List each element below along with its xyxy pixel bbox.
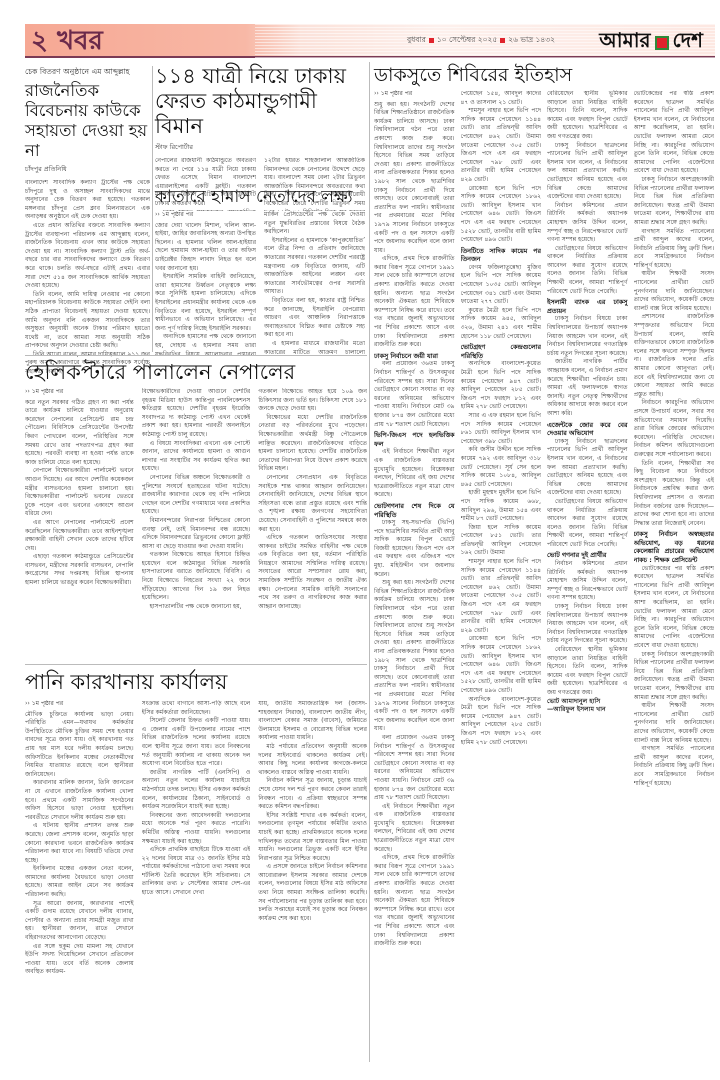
paragraph: অন্যদিকে বাংলাদেশ-কুয়েত মৈত্রী হলে ভিপি…: [461, 360, 542, 412]
paragraph: এ বিষয়ে সাংবাদিকরা এখনো এক পোস্টে জানান…: [142, 440, 251, 474]
story-column: বেরিয়েছেন স্থানীয় ভূমিকার আড়ালে তারা …: [547, 90, 628, 1075]
story-column: পেয়েছেন ১৫৪, আবদুল কাদের ৪৭ ও তাসনাল ২১…: [461, 90, 542, 1075]
newspaper-logo: আমার দেশ: [599, 26, 703, 59]
paragraph: ভোটকেন্দ্রের পর স্বস্তি প্রকাশ করেছেন ছা…: [634, 565, 715, 651]
paragraph: স্বাধীন শিক্ষার্থী সংসদ প্যানেলের প্রার্…: [634, 702, 715, 745]
paragraph: মাঠ পর্যায়ের প্রতিবেদন অনুযায়ী অনেক দল…: [258, 743, 367, 777]
paragraph: স্বাধীন শিক্ষার্থী সংসদ প্যানেলের প্রার্…: [634, 270, 715, 313]
paragraph: তিনি বলেন, আমি দায়িত্ব নেওয়ার পর কোনো …: [25, 291, 150, 351]
section-rule: [25, 355, 367, 356]
paragraph: ভোটগ্রহণের বিষয়ে অভিযোগ থাকলে নির্ধারিত…: [547, 498, 628, 550]
paragraph: এ প্রসঙ্গে জানতে চাইলে নির্বাচন কমিশনার …: [258, 863, 367, 923]
paragraph: রোকেয়া হলে ভিপি পদে সাদিক কায়েম পেয়েছ…: [461, 635, 542, 695]
story-hamas: কাতারে হামাস নেতাদের লক্ষ্য ›› ১ম পৃষ্ঠা…: [155, 186, 365, 355]
paragraph: অন্যদিকে হামাসের পক্ষ থেকে জানানো হয়, দ…: [155, 333, 256, 355]
story-byline: চাঁদপুর প্রতিনিধি: [25, 164, 150, 175]
paragraph: নির্বাচনে কারচুপির অভিযোগ প্রসঙ্গে উপাচা…: [634, 399, 715, 459]
paragraph: বিমানবন্দরের নিরাপত্তা নিশ্চিতের কোনো ব্…: [142, 517, 251, 551]
paragraph: ইনকিলাব মঞ্চের একজন নেতা বলেন, আমাদের কা…: [25, 865, 134, 899]
subheading: ঢাকসু নির্বাচনে জয়ী যারা: [374, 352, 455, 361]
paragraph: এদিকে গতকাল জাতিসংঘের সংস্থার আকবর চাইটে…: [258, 534, 367, 611]
subheading: তিনটিতে সাদিক কায়েম পর তিনজন: [461, 247, 542, 264]
paragraph: গতকাল বিক্ষোভে আহত হয়ে ১০৯ জন চিকিৎসার …: [258, 388, 367, 414]
paragraph: এ হামলার মাধ্যমে রাজধানীর মতো কাতারের মা…: [264, 340, 365, 355]
section-rule: [25, 664, 367, 665]
story-ducsu: ডাকসুতে শিবিরের ইতিহাস ›› ১ম পৃষ্ঠার পর …: [374, 62, 714, 1075]
story-kicker: চেক বিতরণ অনুষ্ঠানে এম আব্দুল্লাহ: [25, 66, 150, 79]
paragraph: নেপালের বিভিন্ন অঞ্চলে বিক্ষোভকারী ও পুল…: [142, 474, 251, 517]
paragraph: ঢাকসু নির্বাচনে ছাত্রদলের প্যানেলের ভিপি…: [547, 142, 628, 202]
paragraph: তিনি বলেন, শিক্ষার্থীরা সব কিছু বিবেচনা …: [634, 460, 715, 529]
paragraph: নির্বাচন কমিশনের প্রধান রিটার্নিং কর্মকর…: [547, 202, 628, 245]
paragraph: বাগছাস সমর্থিত প্যানেলের প্রার্থী আব্দুল…: [634, 228, 715, 271]
paragraph: করে নতুন সরকার গঠিত গ্রহণ না করা পর্যন্ত…: [25, 399, 134, 468]
paragraph: জাতীয় নাগরিক পার্টির আহ্বায়ক বলেন, এ ন…: [547, 358, 628, 418]
paragraph: ঢাকসু সহ-সভাপতি (ভিপি) পদে ছাত্রশিবির সম…: [374, 519, 455, 579]
paragraph: এদিকে, প্রথম দিকে রাজনীতি করার বিরূপ সূত…: [374, 854, 455, 949]
dateline: বুধবার১০ সেপ্টেম্বর ২০২৫২৬ ভাদ্র ১৪৩২: [407, 35, 555, 47]
logo-word-left: আমার: [599, 26, 650, 59]
story-headline: ডাকসুতে শিবিরের ইতিহাস: [374, 62, 714, 88]
dateline-day: বুধবার: [407, 35, 426, 44]
story-column: ›› ১ম পৃষ্ঠার পর জোর দেয়া খালেদ মিশাল, …: [155, 211, 256, 355]
paragraph: নিবন্ধনের জন্য আবেদনকারী দলগুলোর মধ্যে অ…: [142, 812, 251, 846]
story-column: বিক্ষোভকারীদের দেওয়া আগুনে দেশটির বৃহত্…: [142, 388, 251, 643]
story-headline: কাতারে হামাস নেতাদের লক্ষ্য: [155, 186, 365, 208]
story-headline: পানি কারখানায় কার্যালয়: [25, 668, 367, 696]
paragraph: ঢাকসু নির্বাচনে অংশগ্রহণকারী বিভিন্ন প্য…: [634, 651, 715, 703]
paragraph: শামসুন নাহার হলে ভিপি পদে সাদিক কায়েম প…: [461, 107, 542, 184]
dateline-date-bn: ২৬ ভাদ্র ১৪৩২: [508, 35, 555, 44]
paragraph: বেগম ফজিলাতুন্নেছা মুজিব হলে ভিপি পদে সা…: [461, 264, 542, 307]
subheading: ভোটগ্রহণ কেন্দ্রগুলোর পরিস্থিতি: [461, 343, 542, 360]
story-column: যায়, জাতীয় সমাজতান্ত্রিক দল (জাসদ-শাহজ…: [258, 700, 367, 1070]
paragraph: নেপালের সেনাপ্রধান এক বিবৃতিতে সবাইকে শা…: [258, 474, 367, 534]
paragraph: রোকেয়া হলে ভিপি পদে সাদিক কায়েম পেয়েছ…: [461, 185, 542, 245]
paragraph: হাজী মুহম্মদ মুহসীন হলে ভিপি পদে সাদিক ক…: [461, 489, 542, 523]
paragraph: এতে প্রধান অতিথির বক্তব্যে সাংবাদিক কল্য…: [25, 222, 150, 291]
logo-word-right: দেশ: [673, 26, 703, 59]
paragraph: নির্বাচন কমিশন সূত্র জানায়, চূড়ান্ত যা…: [258, 777, 367, 811]
story-column: ›› ১ম পৃষ্ঠার পর করে নতুন সরকার গঠিত গ্র…: [25, 388, 134, 643]
column-rule: [152, 66, 153, 352]
subheading: ভোট গণনার দুই প্রার্থীর: [547, 551, 628, 560]
jump-line: ›› ১ম পৃষ্ঠার পর: [374, 90, 455, 99]
paragraph: সংক্রান্ত তথ্যে বাগানে আসা-পড়ি আছে বলে …: [142, 700, 251, 717]
paragraph: ঢাকসু নির্বাচনে অংশগ্রহণকারী বিভিন্ন প্য…: [634, 176, 715, 228]
story-factory: পানি কারখানায় কার্যালয় ›› ১ম পৃষ্ঠার প…: [25, 668, 367, 1070]
paragraph: এদিকে, প্রথম দিকে রাজনীতি করার বিরূপ সূত…: [374, 255, 455, 350]
paragraph: মৌখিক চুক্তিতে কার্যালয় ভাড়া নেয়া। পর…: [25, 711, 134, 780]
paragraph: জাতীয় নাগরিক পার্টি (এনসিপি) ও অন্যান্য…: [142, 769, 251, 812]
dateline-separator-icon: [500, 38, 505, 43]
paragraph: ভোটগ্রহণের বিষয়ে অভিযোগ থাকলে নির্ধারিত…: [547, 245, 628, 297]
paragraph: সূত্র আরো জানায়, কারখানার পাশেই একটি গু…: [25, 900, 134, 943]
paragraph: ইসরাইলের এ হামলাকে ‘কাপুরুষোচিত’ বলে তীব…: [264, 237, 365, 297]
paragraph: বিক্ষোভকারীদের দেওয়া আগুনে দেশটির বৃহত্…: [142, 388, 251, 440]
signature: —আরিফুল ইসলাম খান: [547, 706, 628, 715]
story-column: ভোটকেন্দ্রের পর স্বস্তি প্রকাশ করেছেন ছা…: [634, 90, 715, 1075]
story-headline: ১১৪ যাত্রী নিয়ে ঢাকায় ফেরত কাঠমান্ডুগা…: [155, 64, 365, 139]
paragraph: কবি জসীম উদ্দীন হলে সাদিক কায়েম ৭৯২ এবং…: [461, 446, 542, 489]
paragraph: বিবৃতিতে বলা হয়, কাতার রাষ্ট্র নিশ্চিত …: [264, 297, 365, 340]
paragraph: হাসপাতালটির পক্ষ থেকে জানানো হয়,: [142, 603, 251, 612]
paragraph: জোর দেয়া খালেদ মিশাল, খলিল আল-হাইয়া, জ…: [155, 222, 256, 274]
story-helicopter: হেলিকপ্টারে পালালেন নেপালের ›› ১ম পৃষ্ঠা…: [25, 358, 367, 643]
paragraph: বাগছাস সমর্থিত প্যানেলের প্রার্থী আব্দুল…: [634, 745, 715, 788]
paragraph: গতকাল বিক্ষোভে আহত হিসাবে চিহ্নিত হয়েছে…: [142, 551, 251, 603]
paragraph: শামসুন নাহার হলে ভিপি পদে সাদিক কায়েম প…: [461, 558, 542, 635]
story-column: ›› ১ম পৃষ্ঠার পর শুধু করা হয়। সংগঠনটি দ…: [374, 90, 455, 1075]
story-cheque: চেক বিতরণ অনুষ্ঠানে এম আব্দুল্লাহ রাজনৈত…: [25, 66, 150, 354]
paragraph: ঢাকসু নির্বাচন বিষয়ে ঢাকা বিশ্ববিদ্যালয…: [547, 315, 628, 358]
story-column: সংক্রান্ত তথ্যে বাগানে আসা-পড়ি আছে বলে …: [142, 700, 251, 1070]
paragraph: স্যার এ এফ রহমান হলে ভিপি পদে সাদিক কায়…: [461, 412, 542, 446]
paragraph: পেয়েছেন ১৫৪, আবদুল কাদের ৪৭ ও তাসনাল ২১…: [461, 90, 542, 107]
paragraph: অন্যদিকে বাংলাদেশ-কুয়েত মৈত্রী হলে ভিপি…: [461, 696, 542, 748]
paragraph: ইসরাইলি সামরিক বাহিনী জানিয়েছে, তারা হা…: [155, 273, 256, 333]
paragraph: ইসির সংশ্লিষ্ট শাখার এক কর্মকর্তা বলেন, …: [258, 812, 367, 864]
paragraph: সিলেট জেলার চিহ্নত একটি পাওয়া যায়। এ জ…: [142, 717, 251, 769]
story-body: বাংলাদেশ সাংবাদিক কল্যাণ ট্রাস্টের পক্ষ …: [25, 179, 150, 384]
paragraph: ভোটকেন্দ্রের পর স্বস্তি প্রকাশ করেছেন ছা…: [634, 90, 715, 176]
paragraph: বাংলাদেশ সাংবাদিক কল্যাণ ট্রাস্টের পক্ষ …: [25, 179, 150, 222]
paragraph: এদিকে প্রাথমিক বাছাইয়ে টিকে যাওয়া এই ২…: [142, 846, 251, 898]
signature-label: ভোট আমাদানুল হাসি: [547, 698, 628, 707]
subheading: ভিপি-জিএস পদে হলভিত্তিক ফল: [374, 431, 455, 448]
story-headline: হেলিকপ্টারে পালালেন নেপালের: [25, 358, 367, 386]
dateline-separator-icon: [429, 38, 434, 43]
paragraph: মার্কিন প্রেসিডেন্টের পক্ষ থেকে দেওয়া ন…: [264, 211, 365, 237]
jump-line: ›› ১ম পৃষ্ঠার পর: [155, 211, 256, 220]
story-column: ›› ১ম পৃষ্ঠার পর মৌখিক চুক্তিতে কার্যালয…: [25, 700, 134, 1070]
paragraph: বলা প্রয়োজন ৩৬তম ঢাকসু নির্বাচন শান্তিপ…: [374, 360, 455, 429]
story-column: মার্কিন প্রেসিডেন্টের পক্ষ থেকে দেওয়া ন…: [264, 211, 365, 355]
paragraph: এর আগে নেপালের পার্লামেন্টে প্রবেশ করেছি…: [25, 519, 134, 553]
paragraph: নেপালে বিক্ষোভকারীরা পার্লামেন্ট ভবনে আগ…: [25, 467, 134, 519]
page-masthead: ২ খবর বুধবার১০ সেপ্টেম্বর ২০২৫২৬ ভাদ্র ১…: [25, 24, 715, 58]
paragraph: ঢাকসু নির্বাচন বিষয়ে ঢাকা বিশ্ববিদ্যালয…: [547, 603, 628, 646]
paragraph: যায়, জাতীয় সমাজতান্ত্রিক দল (জাসদ-শাহজ…: [258, 700, 367, 743]
jump-line: ›› ১ম পৃষ্ঠার পর: [25, 700, 134, 709]
paragraph: এর সঙ্গে হুকুম দেয় মামলা সহ যেখানে ইউপি…: [25, 943, 134, 977]
paragraph: বিক্ষোভের মধ্যে দেশটির রাজনৈতিক নেতারা ব…: [258, 414, 367, 474]
paragraph: শুধু করা হয়। সংগঠনটি দেশের বিভিন্ন শিক্…: [374, 101, 455, 256]
paragraph: প্রশাসনের রাজনৈতিক সম্পৃক্ততার অভিযোগ নি…: [634, 313, 715, 399]
paragraph: ঢাকসু নির্বাচনে ছাত্রদলের প্যানেলের ভিপি…: [547, 438, 628, 498]
logo-square-icon: [655, 36, 669, 50]
paragraph: শুধু করা হয়। সংগঠনটি দেশের বিভিন্ন শিক্…: [374, 579, 455, 734]
paragraph: জিয়া হলে সাদিক কায়েম পেয়েছেন ৮৫১ ভোট।…: [461, 524, 542, 558]
paragraph: এছাড়া গতকাল কাঠমান্ডুতে প্রেসিডেন্টের ব…: [25, 553, 134, 587]
story-byline: স্টাফ রিপোর্টার: [155, 142, 365, 153]
subheading: ইসলামী ব্যাংক এর ঢাকসু প্রত্যয়ন: [547, 298, 628, 315]
subheading: ঢাকসু নির্বাচন অস্বচ্ছতার অভিযোগ, বড় ধর…: [634, 530, 715, 564]
subheading: এজেন্টকে জোর করে বের দেওয়ার অভিযোগ: [547, 421, 628, 438]
subheading: ভোটগণনার শেষ দিকে যে পরিস্থিতি: [374, 502, 455, 519]
paragraph: কারখানার মালিক জানান, তিনি জানতেন না যে …: [25, 779, 134, 822]
paragraph: কুয়েত মৈত্রী হলে ভিপি পদে সাদিক কায়েম …: [461, 307, 542, 341]
page-section-label: ২ খবর: [31, 24, 103, 58]
paragraph: বেরিয়েছেন স্থানীয় ভূমিকার আড়ালে তারা …: [547, 646, 628, 698]
paragraph: নির্বাচন কমিশনের প্রধান রিটার্নিং কর্মকর…: [547, 560, 628, 603]
paragraph: বলা প্রয়োজন ৩৬তম ঢাকসু নির্বাচন শান্তিপ…: [374, 734, 455, 803]
story-column: গতকাল বিক্ষোভে আহত হয়ে ১০৯ জন চিকিৎসার …: [258, 388, 367, 643]
paragraph: এ ঘটনায় স্থানীয় প্রশাসন তদন্ত শুরু করে…: [25, 822, 134, 865]
paragraph: এই নির্বাচনে শিক্ষার্থীরা নতুন এক রাজনৈত…: [374, 803, 455, 855]
jump-line: ›› ১ম পৃষ্ঠার পর: [25, 388, 134, 397]
story-headline: রাজনৈতিক বিবেচনায় কাউকে সহায়তা দেওয়া …: [25, 81, 150, 161]
paragraph: এই নির্বাচনে শিক্ষার্থীরা নতুন এক রাজনৈত…: [374, 448, 455, 500]
column-rule: [369, 62, 370, 1062]
dateline-date-en: ১০ সেপ্টেম্বর ২০২৫: [437, 35, 497, 44]
paragraph: বেরিয়েছেন স্থানীয় ভূমিকার আড়ালে তারা …: [547, 90, 628, 142]
